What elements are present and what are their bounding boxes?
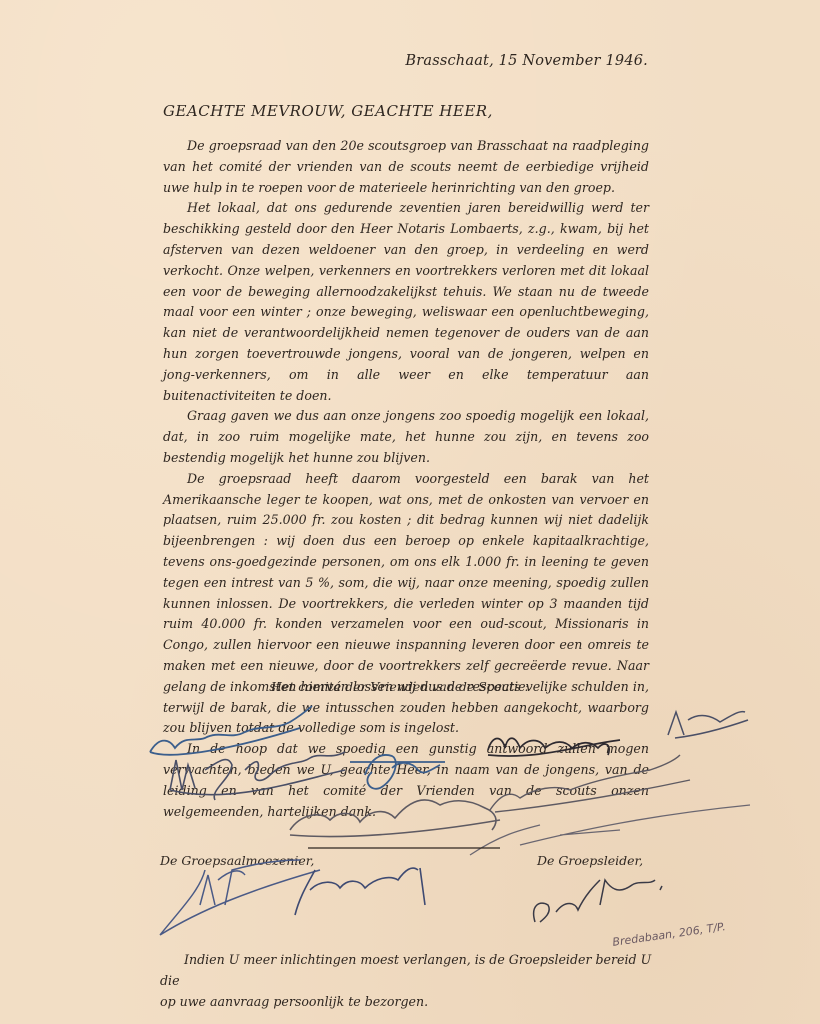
committee-line: Het comité der Vrienden van de Scouts : [271,679,529,694]
paragraph: Graag gaven we dus aan onze jongens zoo … [163,406,649,468]
footer-line-2: op uwe aanvraag persoonlijk te bezorgen. [160,994,428,1009]
paragraph: Het lokaal, dat ons gedurende zeventien … [163,198,649,406]
letter-body: De groepsraad van den 20e scoutsgroep va… [163,136,649,822]
letter-date: Brasschaat, 15 November 1946. [405,53,648,69]
footer-note: Indien U meer inlichtingen moest verlang… [160,949,655,1012]
salutation: GEACHTE MEVROUW, GEACHTE HEER, [163,102,493,120]
paragraph: De groepsraad heeft daarom voorgesteld e… [163,469,649,739]
paragraph: In de hoop dat we spoedig een gunstig an… [163,739,649,822]
role-group-leader: De Groepsleider, [537,853,643,868]
paragraph: De groepsraad van den 20e scoutsgroep va… [163,136,649,198]
footer-line-1: Indien U meer inlichtingen moest verlang… [160,949,655,991]
role-chaplain: De Groepsaalmoezenier, [160,853,314,868]
